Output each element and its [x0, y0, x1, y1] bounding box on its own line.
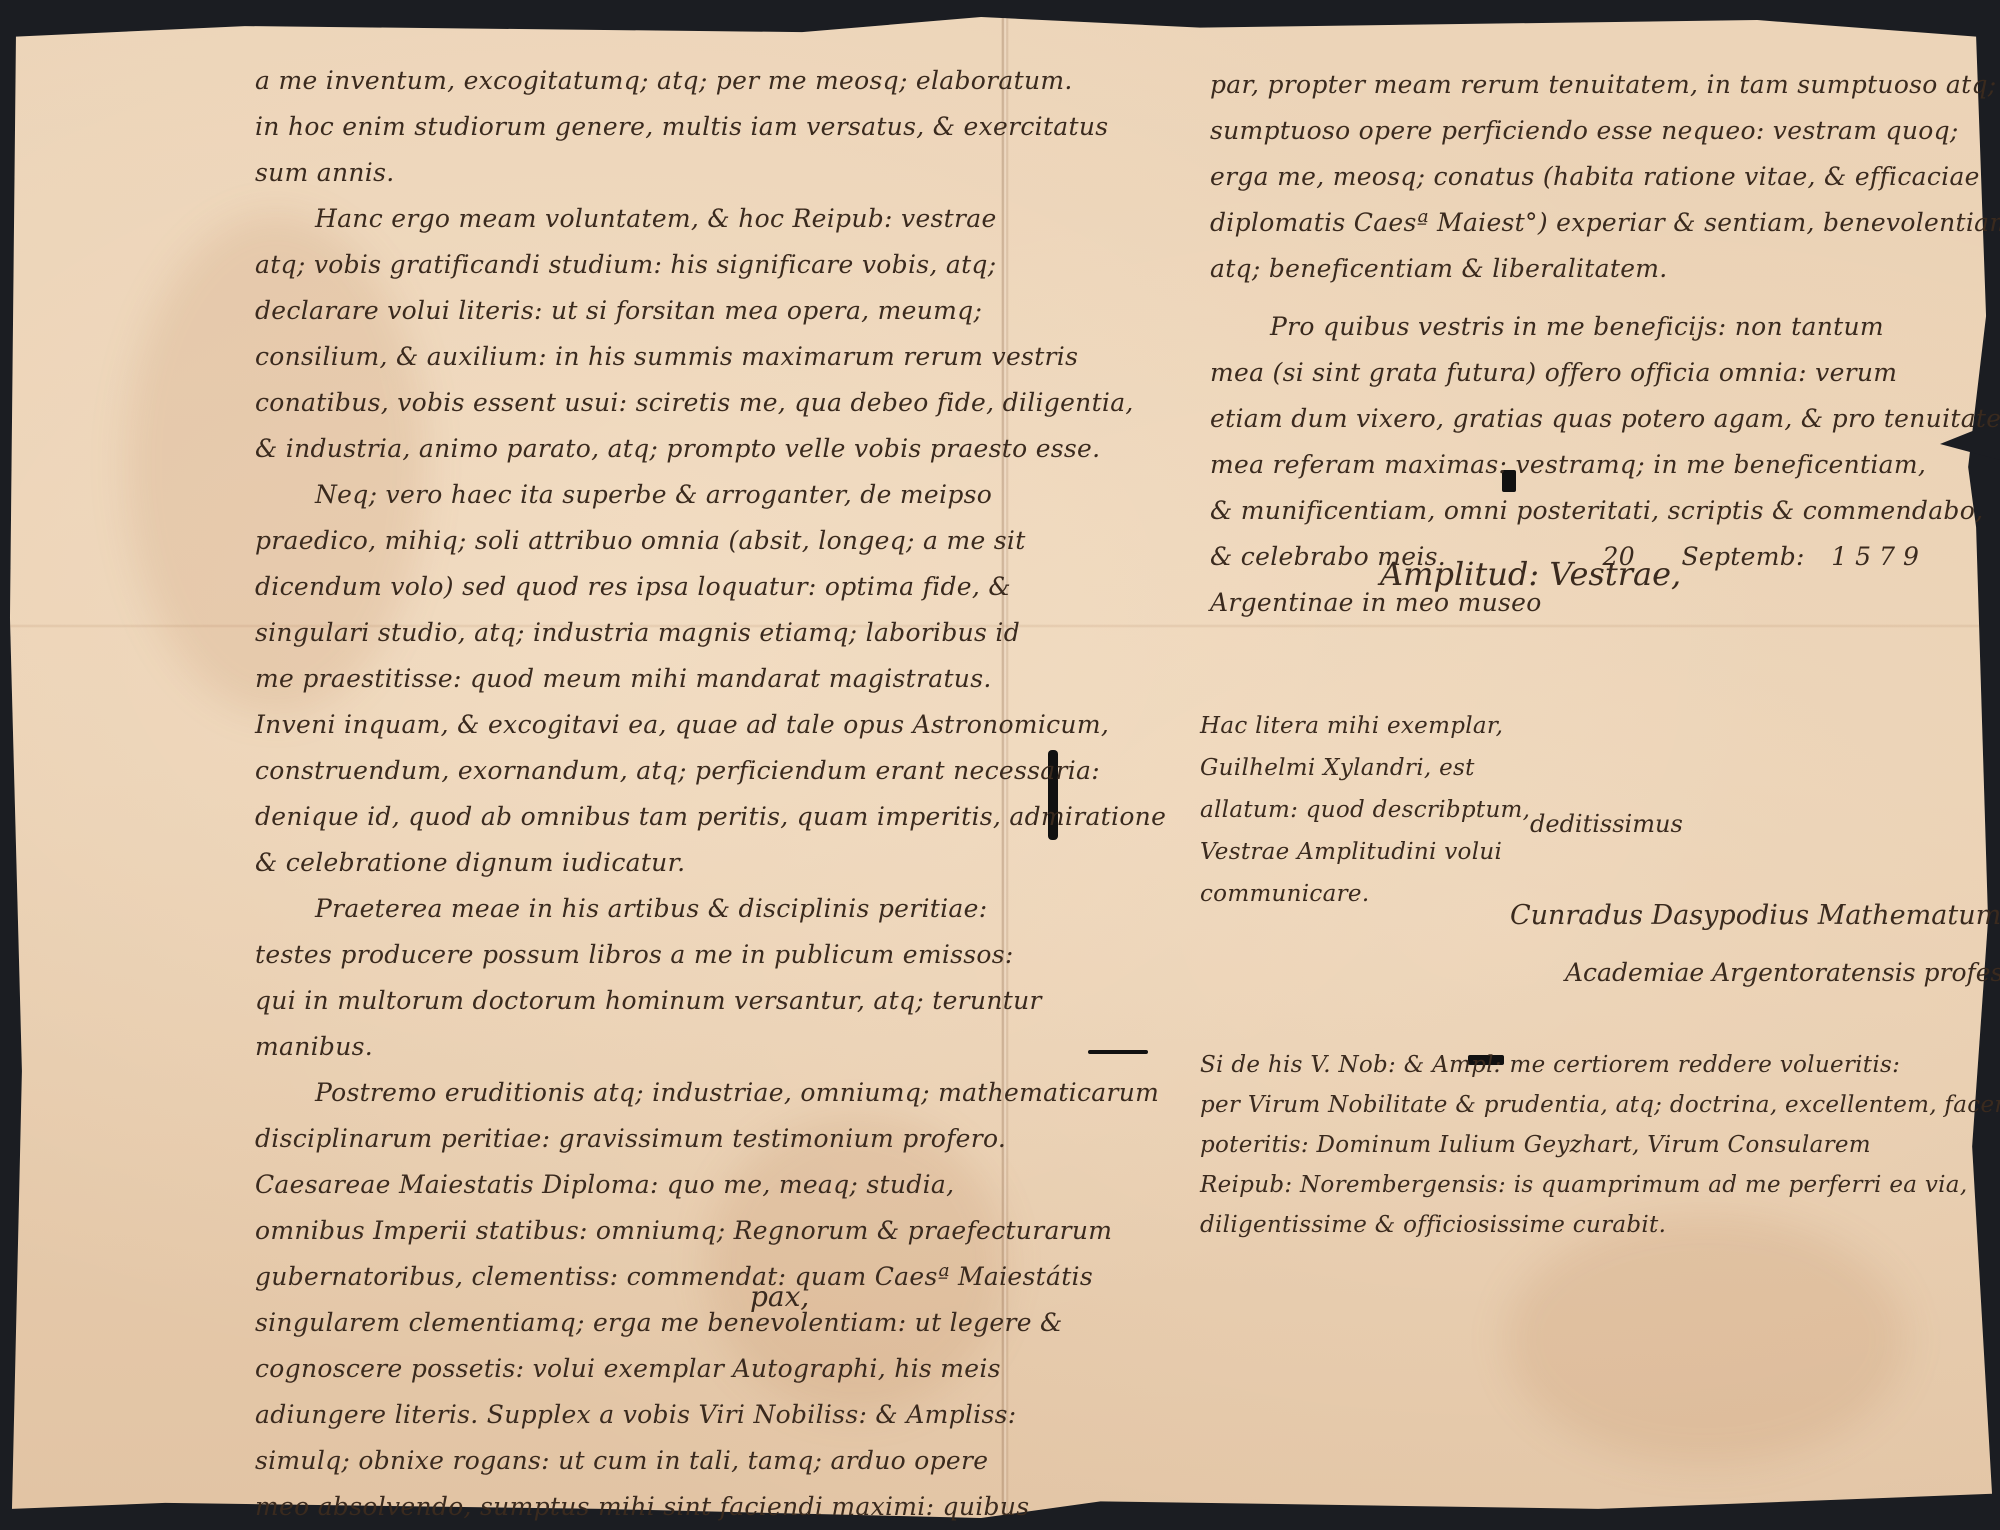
text-line: Inveni inquam, & excogitavi ea, quae ad … [255, 702, 975, 748]
text-line: testes producere possum libros a me in p… [255, 932, 975, 978]
text-line: construendum, exornandum, atq; perficien… [255, 748, 975, 794]
note-line: Guilhelmi Xylandri, est [1200, 747, 1530, 789]
text-line: mea referam maximas: vestramq; in me ben… [1210, 442, 1950, 488]
text-line: praedico, mihiq; soli attribuo omnia (ab… [255, 518, 975, 564]
text-line: sumptuoso opere perficiendo esse nequeo:… [1210, 108, 1950, 154]
text-line: denique id, quod ab omnibus tam peritis,… [255, 794, 975, 840]
text-line: par, propter meam rerum tenuitatem, in t… [1210, 62, 1950, 108]
ink-mark [1088, 1050, 1148, 1054]
text-line: a me inventum, excogitatumq; atq; per me… [255, 58, 975, 104]
note-line: Vestrae Amplitudini volui [1200, 831, 1530, 873]
text-line: etiam dum vixero, gratias quas potero ag… [1210, 396, 1950, 442]
postscript-line: Si de his V. Nob: & Ampl: me certiorem r… [1200, 1045, 2000, 1085]
date-month: Septemb: [1681, 542, 1804, 571]
text-line: diplomatis Caesª Maiest°) experiar & sen… [1210, 200, 1950, 246]
text-line: omnibus Imperii statibus: omniumq; Regno… [255, 1208, 975, 1254]
note-line: communicare. [1200, 873, 1530, 915]
note-line: allatum: quod describptum, [1200, 789, 1530, 831]
text-line: & celebratione dignum iudicatur. [255, 840, 975, 886]
text-line: dicendum volo) sed quod res ipsa loquatu… [255, 564, 975, 610]
note-line: Hac litera mihi exemplar, [1200, 705, 1530, 747]
text-line: me praestitisse: quod meum mihi mandarat… [255, 656, 975, 702]
paragraph-start: Hanc ergo meam voluntatem, & hoc Reipub:… [255, 196, 975, 242]
text-line: conatibus, vobis essent usui: sciretis m… [255, 380, 975, 426]
text-line: gubernatoribus, clementiss: commendat: q… [255, 1254, 975, 1300]
text-line: meo absolvendo, sumptus mihi sint facien… [255, 1484, 975, 1530]
margin-note: Hac litera mihi exemplar, Guilhelmi Xyla… [1200, 705, 1530, 915]
text-line: atq; beneficentiam & liberalitatem. [1210, 246, 1950, 292]
signature-name: Cunradus Dasypodius Mathematum [1510, 900, 2000, 931]
text-line: cognoscere possetis: volui exemplar Auto… [255, 1346, 975, 1392]
postscript-line: diligentissime & officiosissime curabit. [1200, 1205, 2000, 1245]
text-line: in hoc enim studiorum genere, multis iam… [255, 104, 975, 150]
postscript: Si de his V. Nob: & Ampl: me certiorem r… [1200, 1045, 2000, 1245]
text-line: atq; vobis gratificandi studium: his sig… [255, 242, 975, 288]
paragraph-start: Postremo eruditionis atq; industriae, om… [255, 1070, 975, 1116]
text-line: qui in multorum doctorum hominum versant… [255, 978, 975, 1024]
right-page: par, propter meam rerum tenuitatem, in t… [1210, 62, 1950, 626]
catchword: pax, [750, 1280, 809, 1313]
text-line: simulq; obnixe rogans: ut cum in tali, t… [255, 1438, 975, 1484]
text-line: disciplinarum peritiae: gravissimum test… [255, 1116, 975, 1162]
text-line: singulari studio, atq; industria magnis … [255, 610, 975, 656]
date-year: 1579 [1831, 542, 1927, 571]
text-line: & munificentiam, omni posteritati, scrip… [1210, 488, 1950, 534]
signature-title: Academiae Argentoratensis professor [1565, 958, 2000, 987]
text-line: manibus. [255, 1024, 975, 1070]
text-line: sum annis. [255, 150, 975, 196]
text-line: adiungere literis. Supplex a vobis Viri … [255, 1392, 975, 1438]
text-line: Caesareae Maiestatis Diploma: quo me, me… [255, 1162, 975, 1208]
text-line: & industria, animo parato, atq; prompto … [255, 426, 975, 472]
left-page: a me inventum, excogitatumq; atq; per me… [255, 58, 975, 1530]
valediction: deditissimus [1530, 810, 1683, 838]
text-line: singularem clementiamq; erga me benevole… [255, 1300, 975, 1346]
paragraph-start: Praeterea meae in his artibus & discipli… [255, 886, 975, 932]
text-line: erga me, meosq; conatus (habita ratione … [1210, 154, 1950, 200]
postscript-line: poteritis: Dominum Iulium Geyzhart, Viru… [1200, 1125, 2000, 1165]
paragraph-start: Neq; vero haec ita superbe & arroganter,… [255, 472, 975, 518]
postscript-line: per Virum Nobilitate & prudentia, atq; d… [1200, 1085, 2000, 1125]
paper-stain [1506, 1214, 1906, 1464]
text-line: declarare volui literis: ut si forsitan … [255, 288, 975, 334]
postscript-line: Reipub: Norembergensis: is quamprimum ad… [1200, 1165, 2000, 1205]
closing-salutation: Amplitud: Vestrae, [1380, 555, 1681, 593]
text-line: consilium, & auxilium: in his summis max… [255, 334, 975, 380]
paragraph-start: Pro quibus vestris in me beneficijs: non… [1210, 304, 1950, 350]
text-line: mea (si sint grata futura) offero offici… [1210, 350, 1950, 396]
